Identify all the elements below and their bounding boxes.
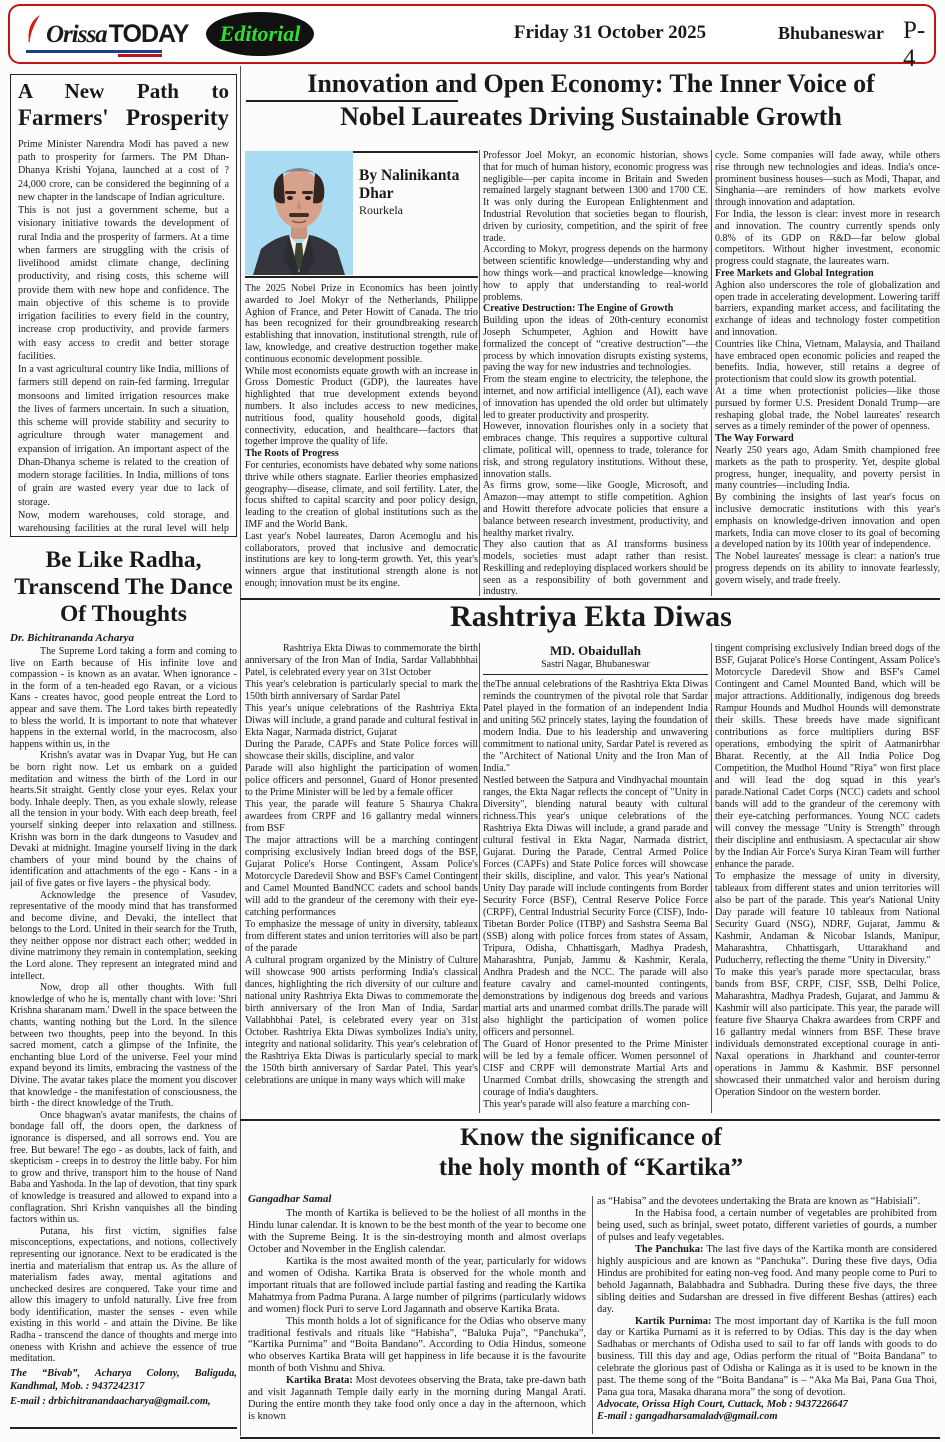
ekta-paragraph: Rashtriya Ekta Diwas to commemorate the … [245, 643, 478, 679]
nobel-author-place: Rourkela [359, 203, 478, 218]
radha-title-line2: Transcend The Dance [10, 574, 237, 601]
ekta-author: MD. Obaidullah [483, 643, 708, 659]
radha-paragraph: Now, drop all other thoughts. With full … [10, 982, 237, 1110]
page-bottom-rule [240, 1437, 940, 1439]
kartika-paragraph: Kartika is the most awaited month of the… [248, 1256, 586, 1316]
farmers-paragraph: This is not just a government scheme, bu… [18, 204, 229, 363]
kartika-paragraph: as “Habisa” and the devotees undertaking… [597, 1196, 937, 1208]
edition-date: Friday 31 October 2025 [505, 22, 715, 44]
ekta-paragraph: A cultural program organized by the Mini… [245, 955, 478, 1087]
ekta-author-place: Sastri Nagar, Bhubaneswar [483, 659, 708, 671]
nobel-column-3: cycle. Some companies will fade away, wh… [715, 150, 940, 596]
radha-paragraph: Acknowledge the presence of Vasudev, rep… [10, 890, 237, 983]
nobel-paragraph: From the steam engine to electricity, th… [483, 374, 708, 421]
ekta-column-1: Rashtriya Ekta Diwas to commemorate the … [245, 643, 478, 1113]
nobel-paragraph: The Nobel laureates' message is clear: a… [715, 551, 940, 586]
ekta-column-rule-2 [711, 643, 712, 1113]
radha-paragraph: Once bhagwan's avatar manifests, the cha… [10, 1110, 237, 1226]
kartika-paragraph: The month of Kartika is believed to be t… [248, 1208, 586, 1256]
kartika-column-rule [592, 1196, 593, 1434]
nobel-column-2: Professor Joel Mokyr, an economic histor… [483, 150, 708, 596]
kartika-paragraph: Kartika Brata: Most devotees observing t… [248, 1375, 586, 1423]
editorial-badge-label: Editorial [220, 21, 301, 47]
kartika-subhead-purnima: Kartik Purnima: [635, 1316, 711, 1327]
ekta-byline-block: MD. Obaidullah Sastri Nagar, Bhubaneswar [483, 643, 708, 675]
farmers-title-line2: Farmers' Prosperity [18, 104, 229, 132]
section-divider-ekta-kartika [240, 1119, 940, 1121]
nobel-subhead: Creative Destruction: The Engine of Grow… [483, 303, 708, 315]
nobel-paragraph: However, innovation flourishes only in a… [483, 421, 708, 480]
nobel-paragraph: Countries like China, Vietnam, Malaysia,… [715, 339, 940, 386]
nobel-subhead: The Roots of Progress [245, 448, 478, 460]
nobel-title-line2: Nobel Laureates Driving Sustainable Grow… [242, 102, 940, 132]
kartika-author: Gangadhar Samal [248, 1193, 331, 1205]
author-photo [245, 151, 353, 275]
kartika-title-line2: the holy month of “Kartika” [242, 1154, 940, 1182]
farmers-title-line1: A New Path to [18, 79, 229, 104]
kartika-paragraph: Kartik Purnima: The most important day o… [597, 1316, 937, 1400]
kartika-contact-address: Advocate, Orissa High Court, Cuttack, Mo… [597, 1399, 937, 1411]
kartika-subhead-brata: Kartika Brata: [286, 1375, 353, 1386]
nobel-paragraph: Last year's Nobel laureates, Daron Acemo… [245, 531, 478, 590]
ekta-paragraph: The major attractions will be a marching… [245, 835, 478, 919]
logo-text-today: TODAY [109, 20, 189, 49]
kartika-paragraph: This month holds a lot of significance f… [248, 1316, 586, 1376]
logo-text-orissa: Orissa [46, 21, 107, 49]
radha-paragraph: Putana, his first victim, signifies fals… [10, 1226, 237, 1365]
page-number: P-4 [903, 17, 934, 73]
nobel-paragraph: According to Mokyr, progress depends on … [483, 244, 708, 303]
ekta-column-2: MD. Obaidullah Sastri Nagar, Bhubaneswar… [483, 643, 708, 1113]
main-column-divider [240, 66, 241, 1436]
nobel-column-1: The 2025 Nobel Prize in Economics has be… [245, 283, 478, 595]
radha-paragraph: The Supreme Lord taking a form and comin… [10, 646, 237, 750]
nobel-byline-box: By Nalinikanta Dhar Rourkela [353, 151, 478, 275]
farmers-paragraph: Prime Minister Narendra Modi has paved a… [18, 138, 229, 204]
editorial-badge: Editorial [206, 12, 314, 56]
ekta-paragraph: tingent comprising exclusively Indian br… [715, 643, 940, 871]
photo-bottom-rule [245, 276, 478, 278]
ekta-paragraph: Parade will also highlight the participa… [245, 763, 478, 799]
nobel-byline-block: By Nalinikanta Dhar Rourkela [245, 151, 478, 275]
nobel-paragraph: For India, the lesson is clear: invest m… [715, 209, 940, 268]
nobel-column-rule-2 [711, 150, 712, 596]
newspaper-page: Orissa TODAY Editorial Friday 31 October… [0, 0, 945, 1442]
newspaper-logo: Orissa TODAY [26, 14, 196, 57]
nobel-paragraph: While most economists equate growth with… [245, 366, 478, 449]
ekta-paragraph: This year, the parade will feature 5 Sha… [245, 799, 478, 835]
ekta-paragraph: Nestled between the Satpura and Vindhyac… [483, 775, 708, 1039]
kartika-paragraph: In the Habisa food, a certain number of … [597, 1208, 937, 1244]
ekta-paragraph: To emphasize the message of unity in div… [715, 871, 940, 967]
nobel-paragraph: As firms grow, some—like Google, Microso… [483, 480, 708, 539]
kartika-contact-email: E-mail : gangadharsamaladv@gmail.com [597, 1411, 937, 1423]
article-be-like-radha: Be Like Radha, Transcend The Dance Of Th… [10, 547, 237, 1415]
kartika-column-1: The month of Kartika is believed to be t… [248, 1208, 586, 1434]
nobel-paragraph: For centuries, economists have debated w… [245, 460, 478, 531]
kartika-subhead-panchuka: The Panchuka: [635, 1244, 703, 1255]
ekta-paragraph: During the Parade, CAPFs and State Polic… [245, 739, 478, 763]
kartika-paragraph: The Panchuka: The last five days of the … [597, 1244, 937, 1316]
nobel-subhead: The Way Forward [715, 433, 940, 445]
ekta-paragraph: To make this year's parade more spectacu… [715, 967, 940, 1099]
ekta-paragraph: To emphasize the message of unity in div… [245, 919, 478, 955]
radha-contact-address: The “Bivab”, Acharya Colony, Baliguda, K… [10, 1367, 237, 1393]
nobel-paragraph: At a time when protectionist policies—li… [715, 386, 940, 433]
left-column-bottom-rule [10, 1427, 237, 1429]
nobel-title-line1: Innovation and Open Economy: The Inner V… [242, 69, 940, 99]
nobel-paragraph: The 2025 Nobel Prize in Economics has be… [245, 283, 478, 366]
article-farmers-prosperity: A New Path to Farmers' Prosperity Prime … [10, 74, 237, 537]
nobel-paragraph: By combining the insights of last year's… [715, 492, 940, 551]
edition-city: Bhubaneswar [778, 23, 884, 44]
ekta-title: Rashtriya Ekta Diwas [242, 600, 940, 634]
logo-tagline-bar [118, 54, 162, 57]
nobel-paragraph: cycle. Some companies will fade away, wh… [715, 150, 940, 209]
radha-title-line3: Of Thoughts [10, 601, 237, 628]
kartika-title-line1: Know the significance of [242, 1124, 940, 1152]
ekta-paragraph: This year's unique celebrations of the R… [245, 703, 478, 739]
radha-author: Dr. Bichitrananda Acharya [10, 632, 237, 644]
nobel-paragraph: Professor Joel Mokyr, an economic histor… [483, 150, 708, 244]
nobel-paragraph: Aghion also underscores the role of glob… [715, 280, 940, 339]
ekta-paragraph: This year's celebration is particularly … [245, 679, 478, 703]
kartika-column-2: as “Habisa” and the devotees undertaking… [597, 1196, 937, 1436]
ekta-paragraph: theThe annual celebrations of the Rashtr… [483, 679, 708, 775]
ekta-paragraph: This year's parade will also feature a m… [483, 1099, 708, 1111]
nobel-column-rule-1 [479, 150, 480, 596]
radha-contact-email: E-mail : drbichitranandaacharya@gmail.co… [10, 1395, 237, 1408]
farmers-paragraph: Now, modern warehouses, cold storage, an… [18, 509, 229, 537]
ekta-paragraph: The Guard of Honor presented to the Prim… [483, 1039, 708, 1099]
farmers-paragraph: In a vast agricultural country like Indi… [18, 363, 229, 509]
radha-paragraph: Krishn's avatar was in Dvapar Yug, but H… [10, 750, 237, 889]
masthead: Orissa TODAY Editorial Friday 31 October… [8, 4, 936, 64]
nobel-paragraph: Nearly 250 years ago, Adam Smith champio… [715, 445, 940, 492]
nobel-subhead: Free Markets and Global Integration [715, 268, 940, 280]
nobel-paragraph: Building upon the ideas of 20th-century … [483, 315, 708, 374]
nobel-author: By Nalinikanta Dhar [359, 167, 478, 203]
ekta-column-rule-1 [479, 643, 480, 1113]
radha-title-line1: Be Like Radha, [10, 547, 237, 574]
nobel-title-underline [246, 100, 458, 102]
feather-icon [26, 14, 42, 49]
ekta-column-3: tingent comprising exclusively Indian br… [715, 643, 940, 1113]
logo-underline-bar [26, 50, 162, 53]
nobel-paragraph: They also caution that as AI transforms … [483, 539, 708, 596]
